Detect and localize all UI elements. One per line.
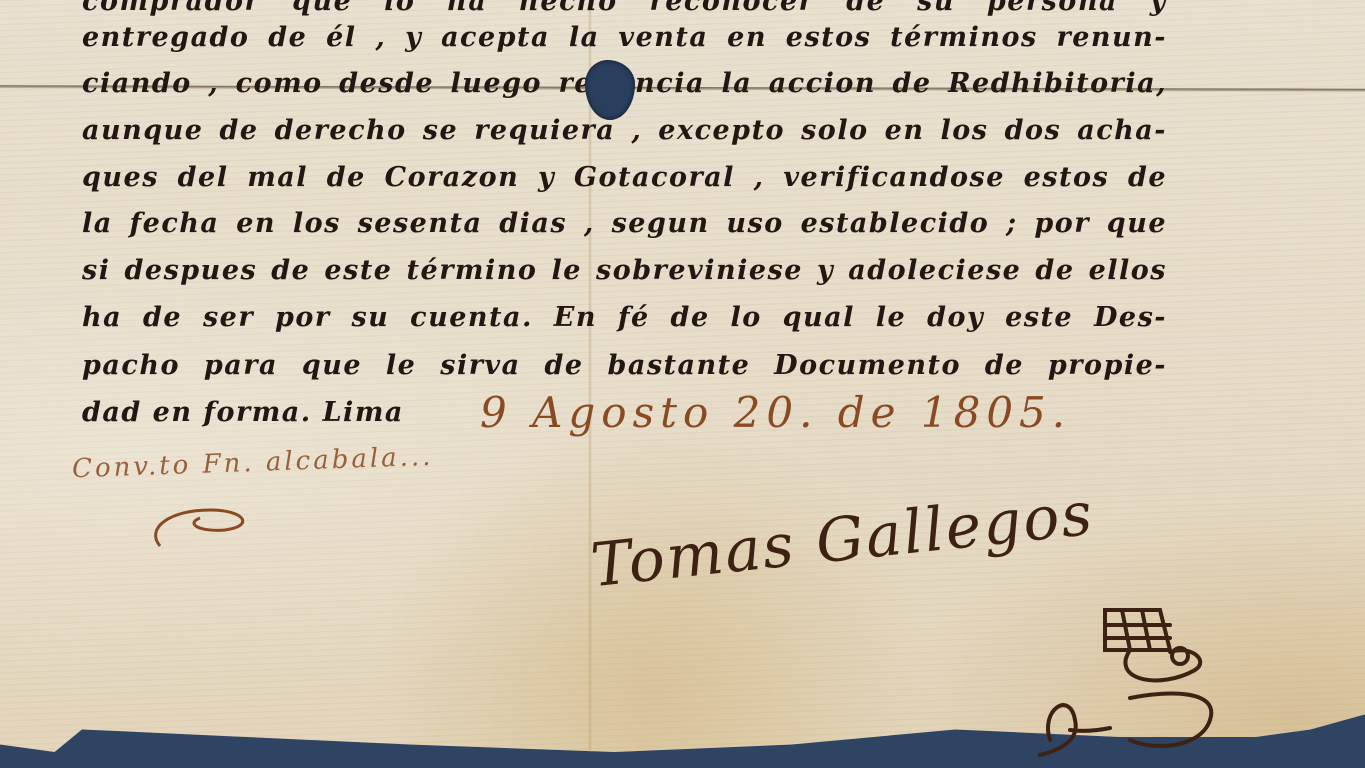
ink-flourish-icon (140, 498, 290, 558)
printed-line-7: si despues de este término le sobrevinie… (82, 255, 1167, 286)
printed-line-9: pacho para que le sirva de bastante Docu… (82, 350, 1167, 381)
printed-line-6: la fecha en los sesenta dias , segun uso… (82, 208, 1167, 239)
printed-line-2: entregado de él , y acepta la venta en e… (82, 22, 1167, 53)
handwritten-date: 9 Agosto 20. de 1805. (480, 388, 1071, 437)
printed-line-8: ha de ser por su cuenta. En fé de lo qua… (82, 302, 1167, 333)
printed-line-10: dad en forma. Lima (82, 397, 404, 428)
printed-line-1: comprador que lo ha hecho reconocer de s… (82, 0, 1167, 17)
printed-line-5: ques del mal de Corazon y Gotacoral , ve… (82, 162, 1167, 193)
rubric-flourish-icon (1010, 590, 1240, 760)
printed-line-4: aunque de derecho se requiera , excepto … (82, 115, 1167, 146)
